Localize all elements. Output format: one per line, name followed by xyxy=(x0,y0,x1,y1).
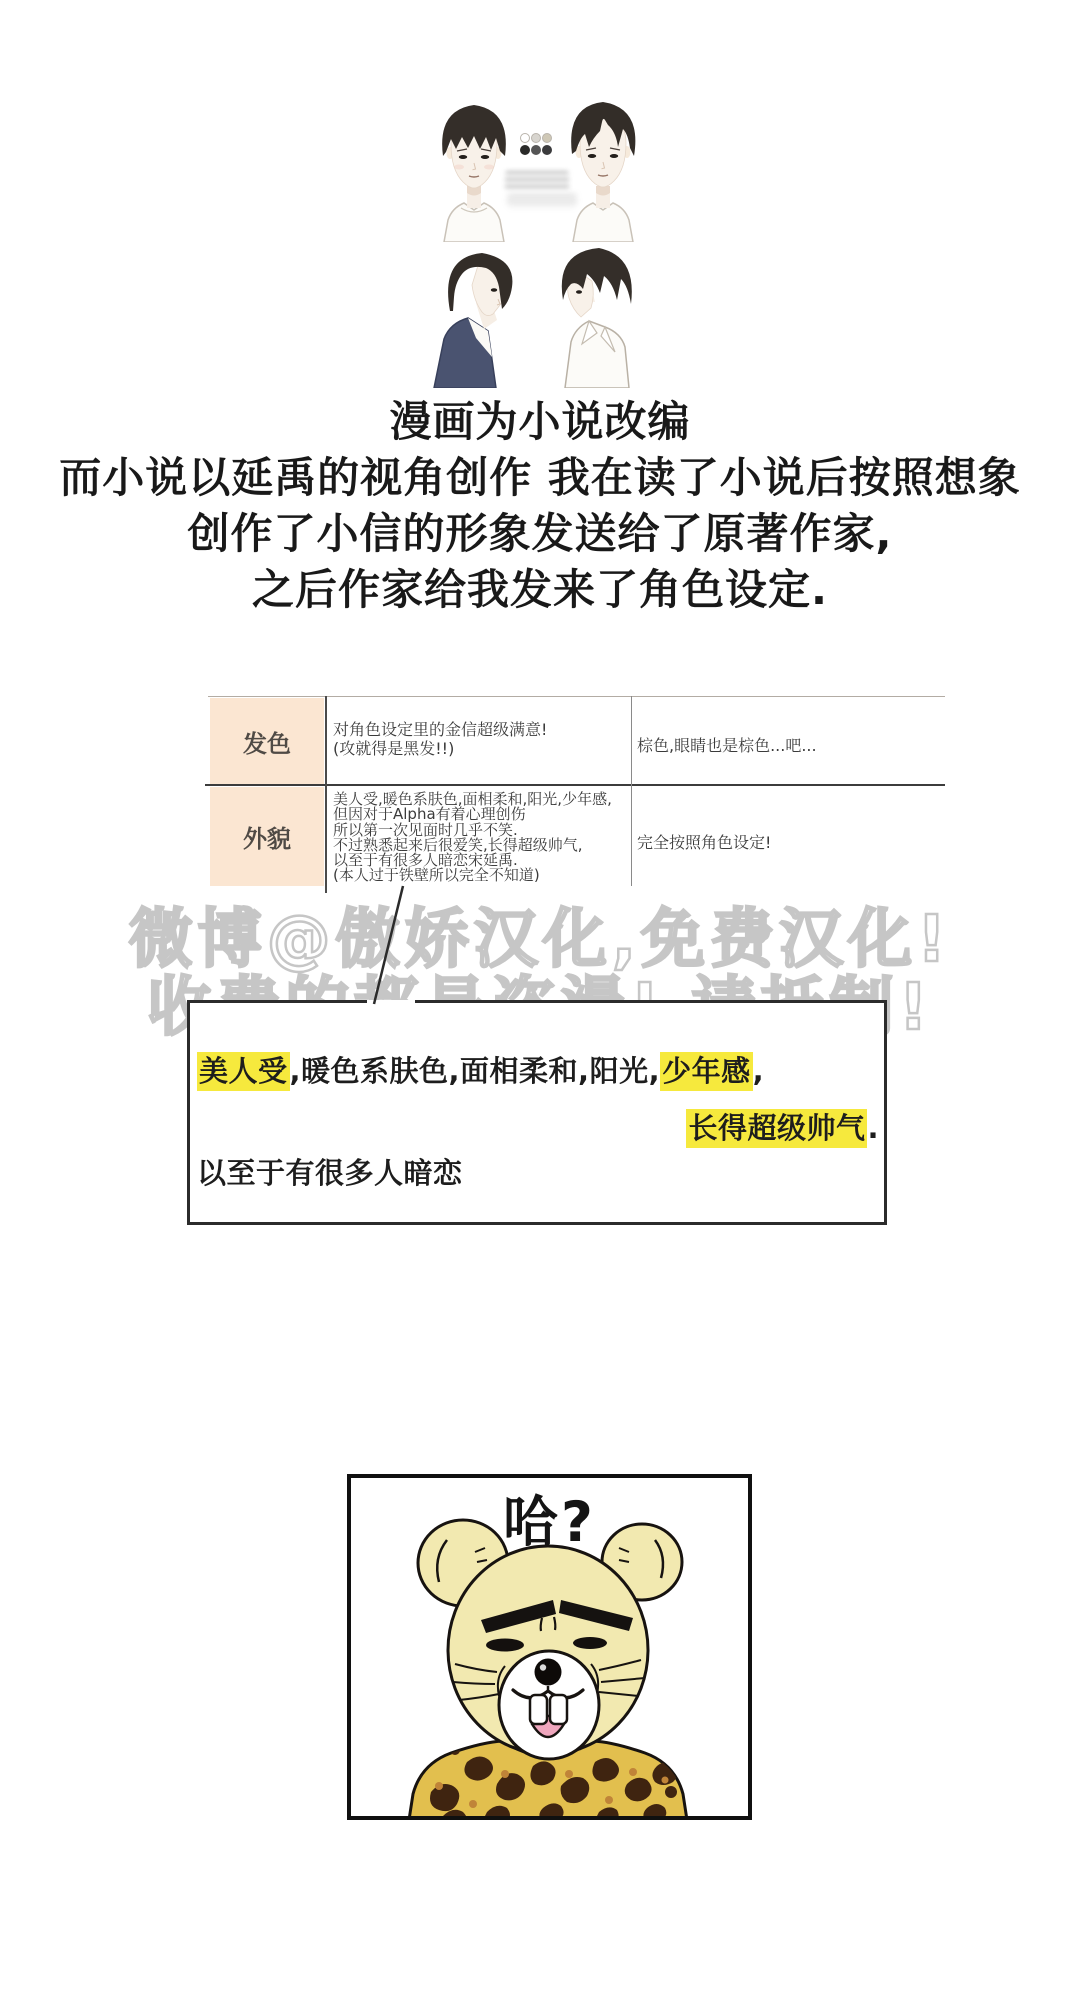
callout-pointer-line xyxy=(358,880,420,1008)
palette-dot xyxy=(520,133,530,143)
table-top-border xyxy=(208,696,945,697)
portrait-front-right xyxy=(557,90,649,242)
intro-line: 之后作家给我发来了角色设定. xyxy=(0,562,1080,618)
table-column-divider xyxy=(325,696,327,893)
callout-line: 以至于有很多人暗恋 xyxy=(197,1151,463,1192)
portrait-front-left xyxy=(430,92,518,242)
row-label-hair-color: 发色 xyxy=(210,698,324,784)
cell-author-reply-hair: 棕色,眼睛也是棕色...吧... xyxy=(637,733,817,756)
highlight-mark: 美人受 xyxy=(197,1052,290,1091)
intro-text: 漫画为小说改编 而小说以延禹的视角创作 我在读了小说后按照想象 创作了小信的形象… xyxy=(0,394,1080,618)
callout-text: , xyxy=(753,1054,765,1088)
callout-line: 美人受,暖色系肤色,面相柔和,阳光,少年感, xyxy=(197,1049,764,1090)
cell-artist-note-appearance: 美人受,暖色系肤色,面相柔和,阳光,少年感, 但因对于Alpha有着心理创伤 所… xyxy=(333,792,612,884)
highlight-mark: 长得超级帅气 xyxy=(686,1109,867,1148)
callout-line: 长得超级帅气. xyxy=(686,1106,879,1147)
callout-text: . xyxy=(867,1111,879,1145)
table-row-divider xyxy=(205,784,945,786)
speech-text: 哈? xyxy=(351,1478,748,1557)
cell-artist-note-hair: 对角色设定里的金信超级满意! (攻就得是黑发!!) xyxy=(333,720,547,758)
portrait-side-left xyxy=(428,243,524,388)
callout-text: ,暖色系肤色,面相柔和,阳光, xyxy=(290,1054,661,1088)
portrait-side-right xyxy=(545,240,647,388)
color-palette-dots xyxy=(520,133,556,157)
intro-line: 创作了小信的形象发送给了原著作家, xyxy=(0,506,1080,562)
palette-dot xyxy=(542,145,552,155)
censored-caption-blur xyxy=(507,194,577,207)
intro-line: 漫画为小说改编 xyxy=(0,394,1080,450)
palette-dot xyxy=(542,133,552,143)
intro-line: 而小说以延禹的视角创作 我在读了小说后按照想象 xyxy=(0,450,1080,506)
censored-caption-blur xyxy=(505,171,569,192)
row-label-appearance: 外貌 xyxy=(210,787,324,886)
callout-box: 美人受,暖色系肤色,面相柔和,阳光,少年感, 长得超级帅气. 以至于有很多人暗恋 xyxy=(187,1000,887,1225)
palette-dot xyxy=(531,133,541,143)
table-column-divider xyxy=(631,696,632,886)
cell-author-reply-appearance: 完全按照角色设定! xyxy=(637,830,771,853)
palette-dot xyxy=(531,145,541,155)
comic-panel: 哈? xyxy=(347,1474,752,1820)
palette-dot xyxy=(520,145,530,155)
comic-page: 漫画为小说改编 而小说以延禹的视角创作 我在读了小说后按照想象 创作了小信的形象… xyxy=(0,0,1080,2001)
highlight-mark: 少年感 xyxy=(660,1052,753,1091)
